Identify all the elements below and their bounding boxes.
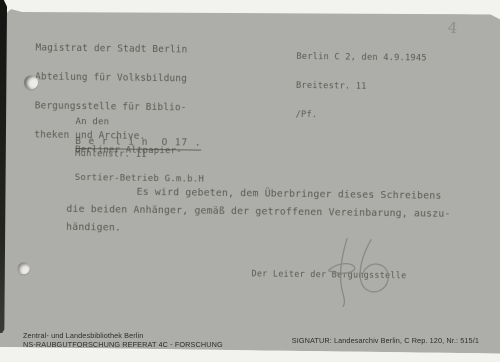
scanned-letter-paper: Magistrat der Stadt Berlin Abteilung für… — [0, 8, 500, 354]
archive-stamp-left: Zentral- und Landesbibliothek Berlin NS-… — [23, 332, 223, 350]
date-line: Berlin C 2, den 4.9.1945 — [296, 53, 426, 64]
body-line: die beiden Anhänger, gemäß der getroffen… — [66, 204, 450, 220]
recipient-line: Sortier-Betrieb G.m.b.H — [75, 174, 204, 185]
handwritten-page-number: 4 — [447, 19, 458, 38]
sender-line: Magistrat der Stadt Berlin — [35, 44, 187, 56]
archive-signatur: SIGNATUR: Landesarchiv Berlin, C Rep. 12… — [292, 336, 479, 345]
archive-department: NS-RAUBGUTFORSCHUNG REFERAT 4C - FORSCHU… — [23, 341, 223, 350]
sender-line: Abteilung für Volksbildung — [35, 72, 187, 84]
date-place-block: Berlin C 2, den 4.9.1945 Breitestr. 11 /… — [295, 34, 427, 141]
recipient-line: An den — [75, 118, 204, 129]
punch-hole-top — [24, 75, 38, 89]
handwritten-signature-icon — [308, 236, 399, 309]
scanned-document-page: { "document": { "sender": { "lines": [ "… — [0, 0, 500, 362]
body-line: händigen. — [66, 222, 121, 234]
recipient-street: Mühlenstr. 11 — [75, 149, 147, 160]
clerk-initials: /Pf. — [296, 111, 426, 122]
punch-hole-bottom — [18, 262, 30, 274]
street-line: Breitestr. 11 — [296, 82, 426, 93]
